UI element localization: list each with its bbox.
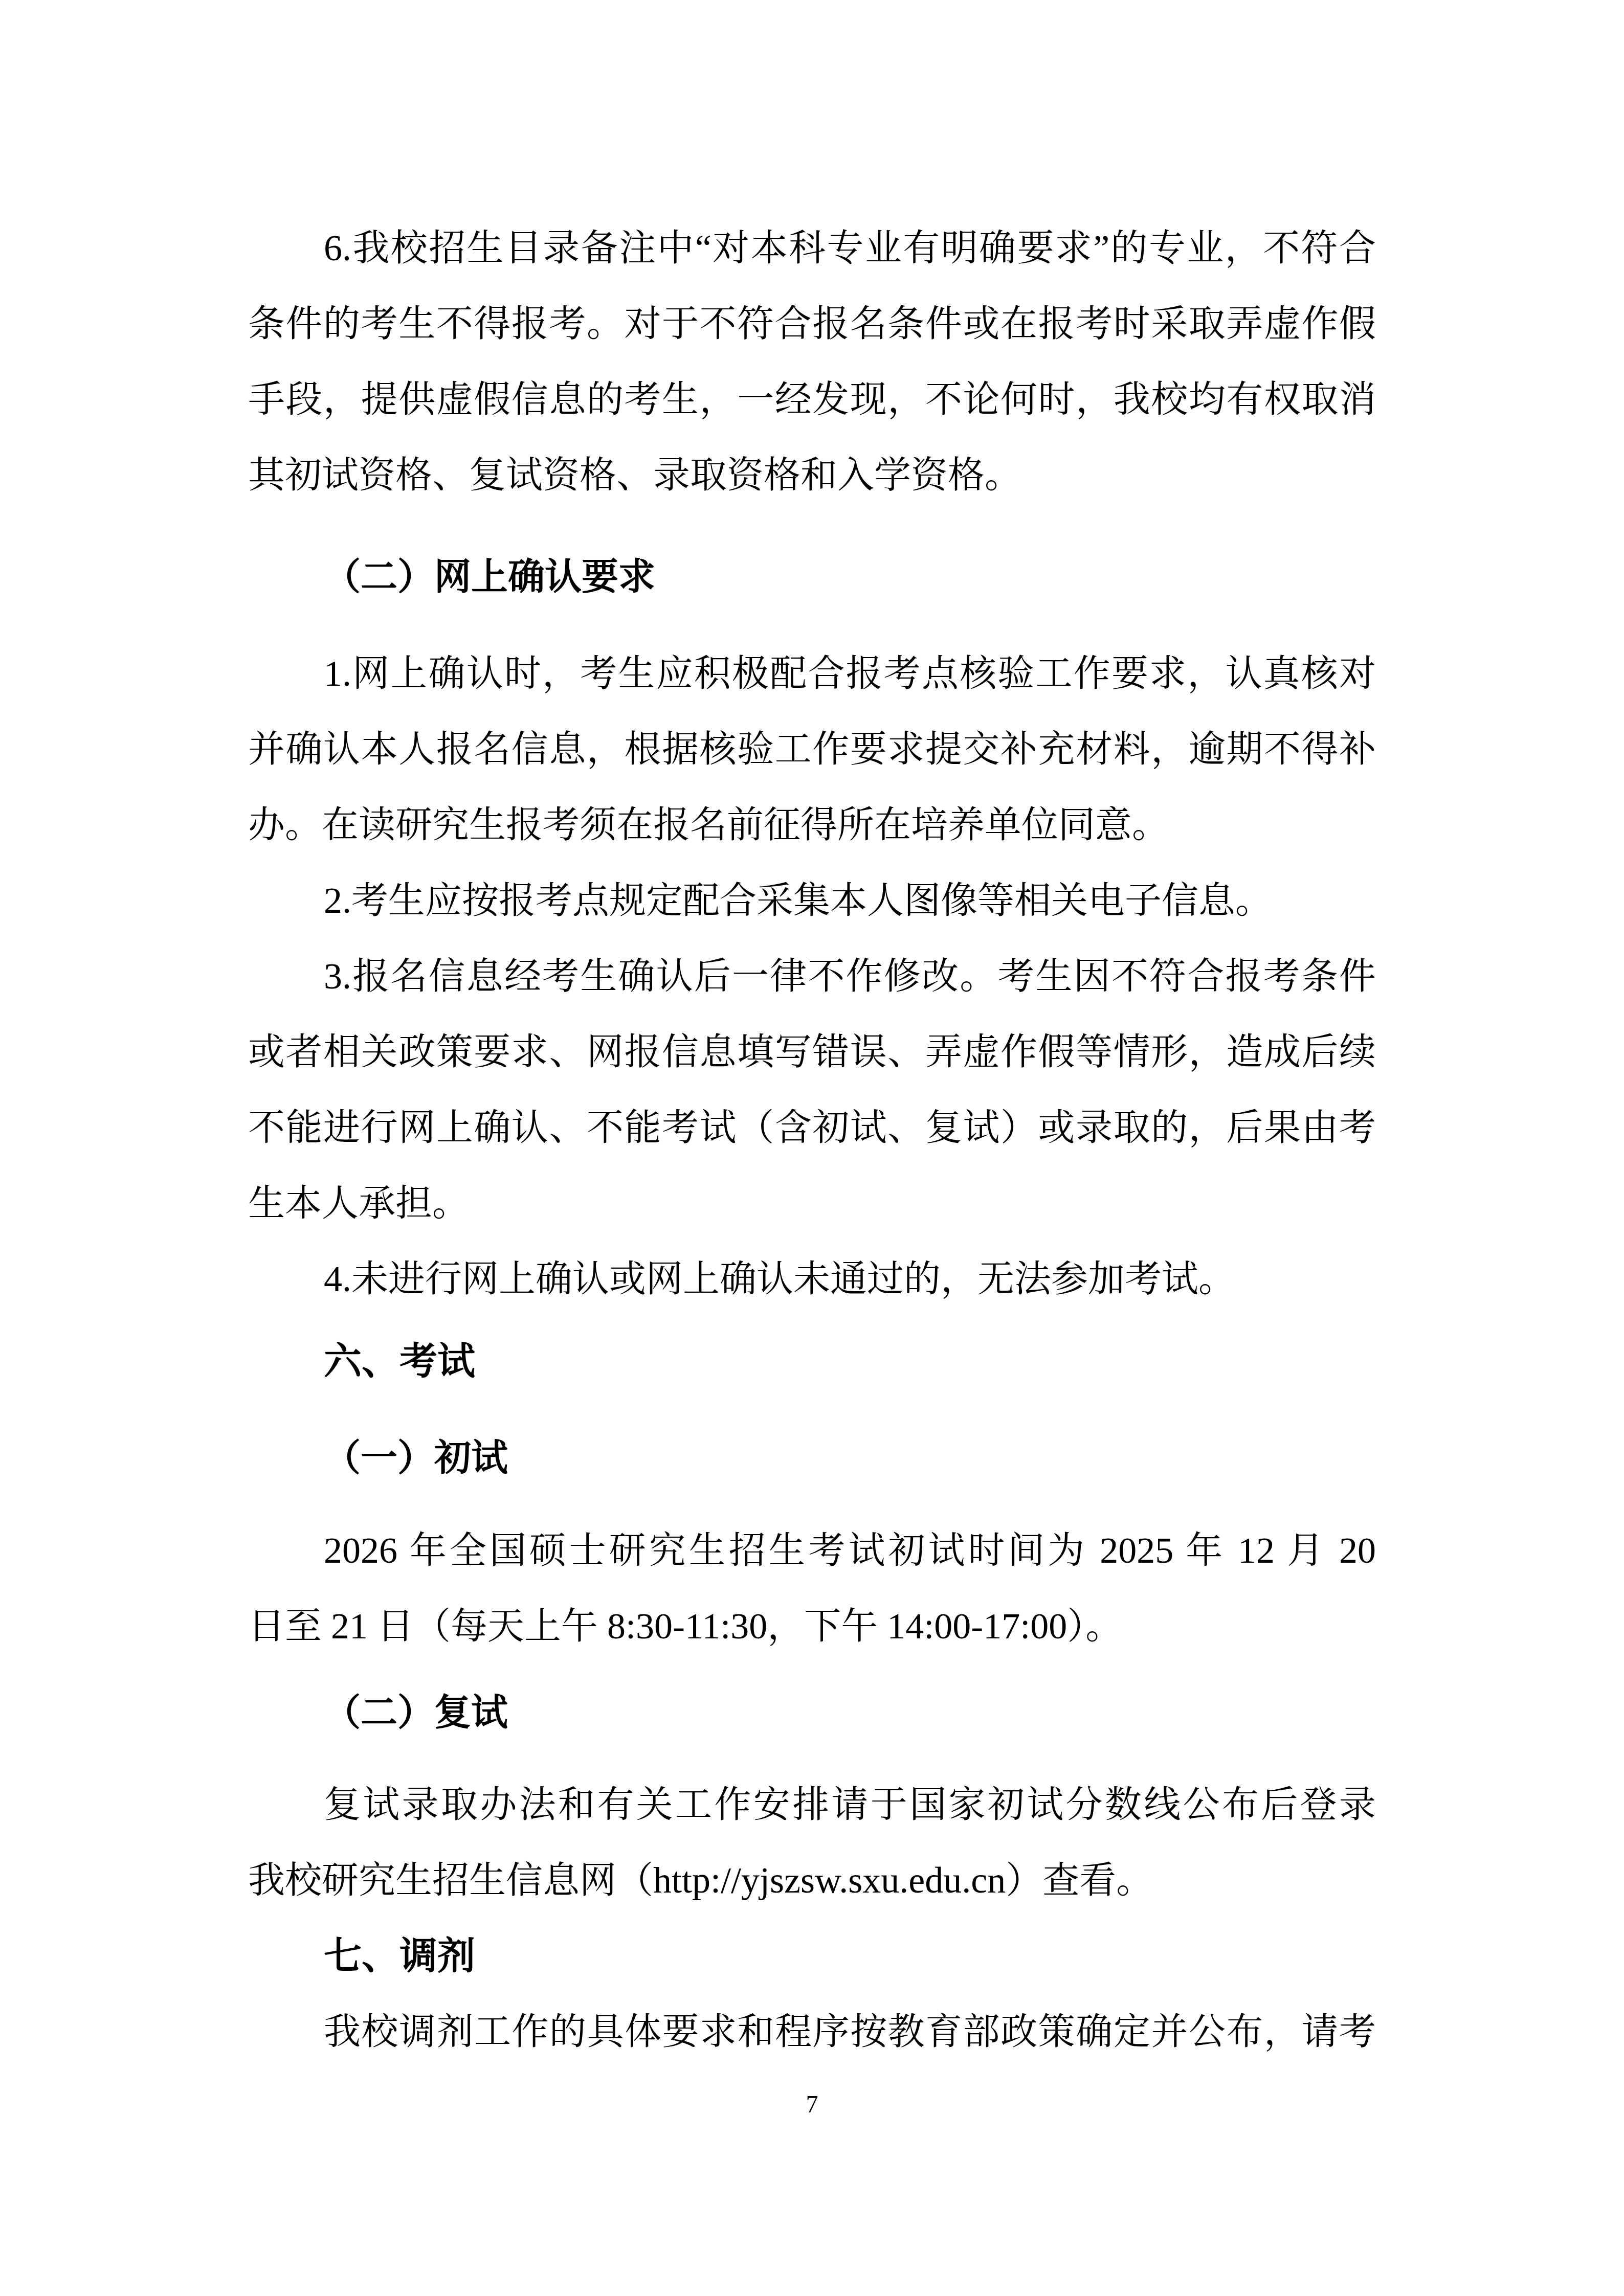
section-heading-initial-exam: （一）初试 bbox=[248, 1420, 1376, 1496]
document-page: 6.我校招生目录备注中“对本科专业有明确要求”的专业，不符合条件的考生不得报考。… bbox=[0, 0, 1624, 2296]
paragraph-item-6: 6.我校招生目录备注中“对本科专业有明确要求”的专业，不符合条件的考生不得报考。… bbox=[248, 210, 1376, 513]
text-line: 复试录取办法和有关工作安排请于国家初试分数线公布后登录 bbox=[248, 1767, 1376, 1842]
text-line: 或者相关政策要求、网报信息填写错误、弄虚作假等情形，造成后续 bbox=[248, 1014, 1376, 1090]
paragraph-item-4: 4.未进行网上确认或网上确认未通过的，无法参加考试。 bbox=[248, 1241, 1376, 1317]
paragraph-reexam-info: 复试录取办法和有关工作安排请于国家初试分数线公布后登录我校研究生招生信息网（ht… bbox=[248, 1767, 1376, 1918]
text-line: 其初试资格、复试资格、录取资格和入学资格。 bbox=[248, 437, 1376, 513]
section-heading-online-confirmation-requirements: （二）网上确认要求 bbox=[248, 539, 1376, 615]
text-line: 6.我校招生目录备注中“对本科专业有明确要求”的专业，不符合 bbox=[248, 210, 1376, 286]
text-line: 4.未进行网上确认或网上确认未通过的，无法参加考试。 bbox=[248, 1241, 1376, 1317]
chapter-heading-exam: 六、考试 bbox=[248, 1323, 1376, 1399]
paragraph-item-3: 3.报名信息经考生确认后一律不作修改。考生因不符合报考条件或者相关政策要求、网报… bbox=[248, 938, 1376, 1241]
paragraph-item-2: 2.考生应按报考点规定配合采集本人图像等相关电子信息。 bbox=[248, 863, 1376, 938]
text-line: 并确认本人报名信息，根据核验工作要求提交补充材料，逾期不得补 bbox=[248, 711, 1376, 787]
paragraph-adjustment-info: 我校调剂工作的具体要求和程序按教育部政策确定并公布，请考 bbox=[248, 1994, 1376, 2069]
text-line: 办。在读研究生报考须在报名前征得所在培养单位同意。 bbox=[248, 787, 1376, 863]
text-line: 我校调剂工作的具体要求和程序按教育部政策确定并公布，请考 bbox=[248, 1994, 1376, 2069]
paragraph-initial-exam-time: 2026 年全国硕士研究生招生考试初试时间为 2025 年 12 月 20日至 … bbox=[248, 1513, 1376, 1664]
text-block: 6.我校招生目录备注中“对本科专业有明确要求”的专业，不符合条件的考生不得报考。… bbox=[248, 210, 1376, 2069]
page-number: 7 bbox=[0, 2089, 1624, 2120]
text-line: 2026 年全国硕士研究生招生考试初试时间为 2025 年 12 月 20 bbox=[248, 1513, 1376, 1588]
text-line: 日至 21 日（每天上午 8:30-11:30，下午 14:00-17:00）。 bbox=[248, 1588, 1376, 1664]
text-line: 3.报名信息经考生确认后一律不作修改。考生因不符合报考条件 bbox=[248, 938, 1376, 1014]
text-line: 手段，提供虚假信息的考生，一经发现，不论何时，我校均有权取消 bbox=[248, 362, 1376, 437]
text-line: 2.考生应按报考点规定配合采集本人图像等相关电子信息。 bbox=[248, 863, 1376, 938]
text-line: 条件的考生不得报考。对于不符合报名条件或在报考时采取弄虚作假 bbox=[248, 286, 1376, 362]
text-line: 不能进行网上确认、不能考试（含初试、复试）或录取的，后果由考 bbox=[248, 1090, 1376, 1165]
chapter-heading-adjustment: 七、调剂 bbox=[248, 1918, 1376, 1994]
paragraph-item-1: 1.网上确认时，考生应积极配合报考点核验工作要求，认真核对并确认本人报名信息，根… bbox=[248, 636, 1376, 863]
text-line: 生本人承担。 bbox=[248, 1165, 1376, 1241]
text-line: 1.网上确认时，考生应积极配合报考点核验工作要求，认真核对 bbox=[248, 636, 1376, 711]
text-line: 我校研究生招生信息网（http://yjszsw.sxu.edu.cn）查看。 bbox=[248, 1842, 1376, 1918]
section-heading-reexam: （二）复试 bbox=[248, 1675, 1376, 1750]
